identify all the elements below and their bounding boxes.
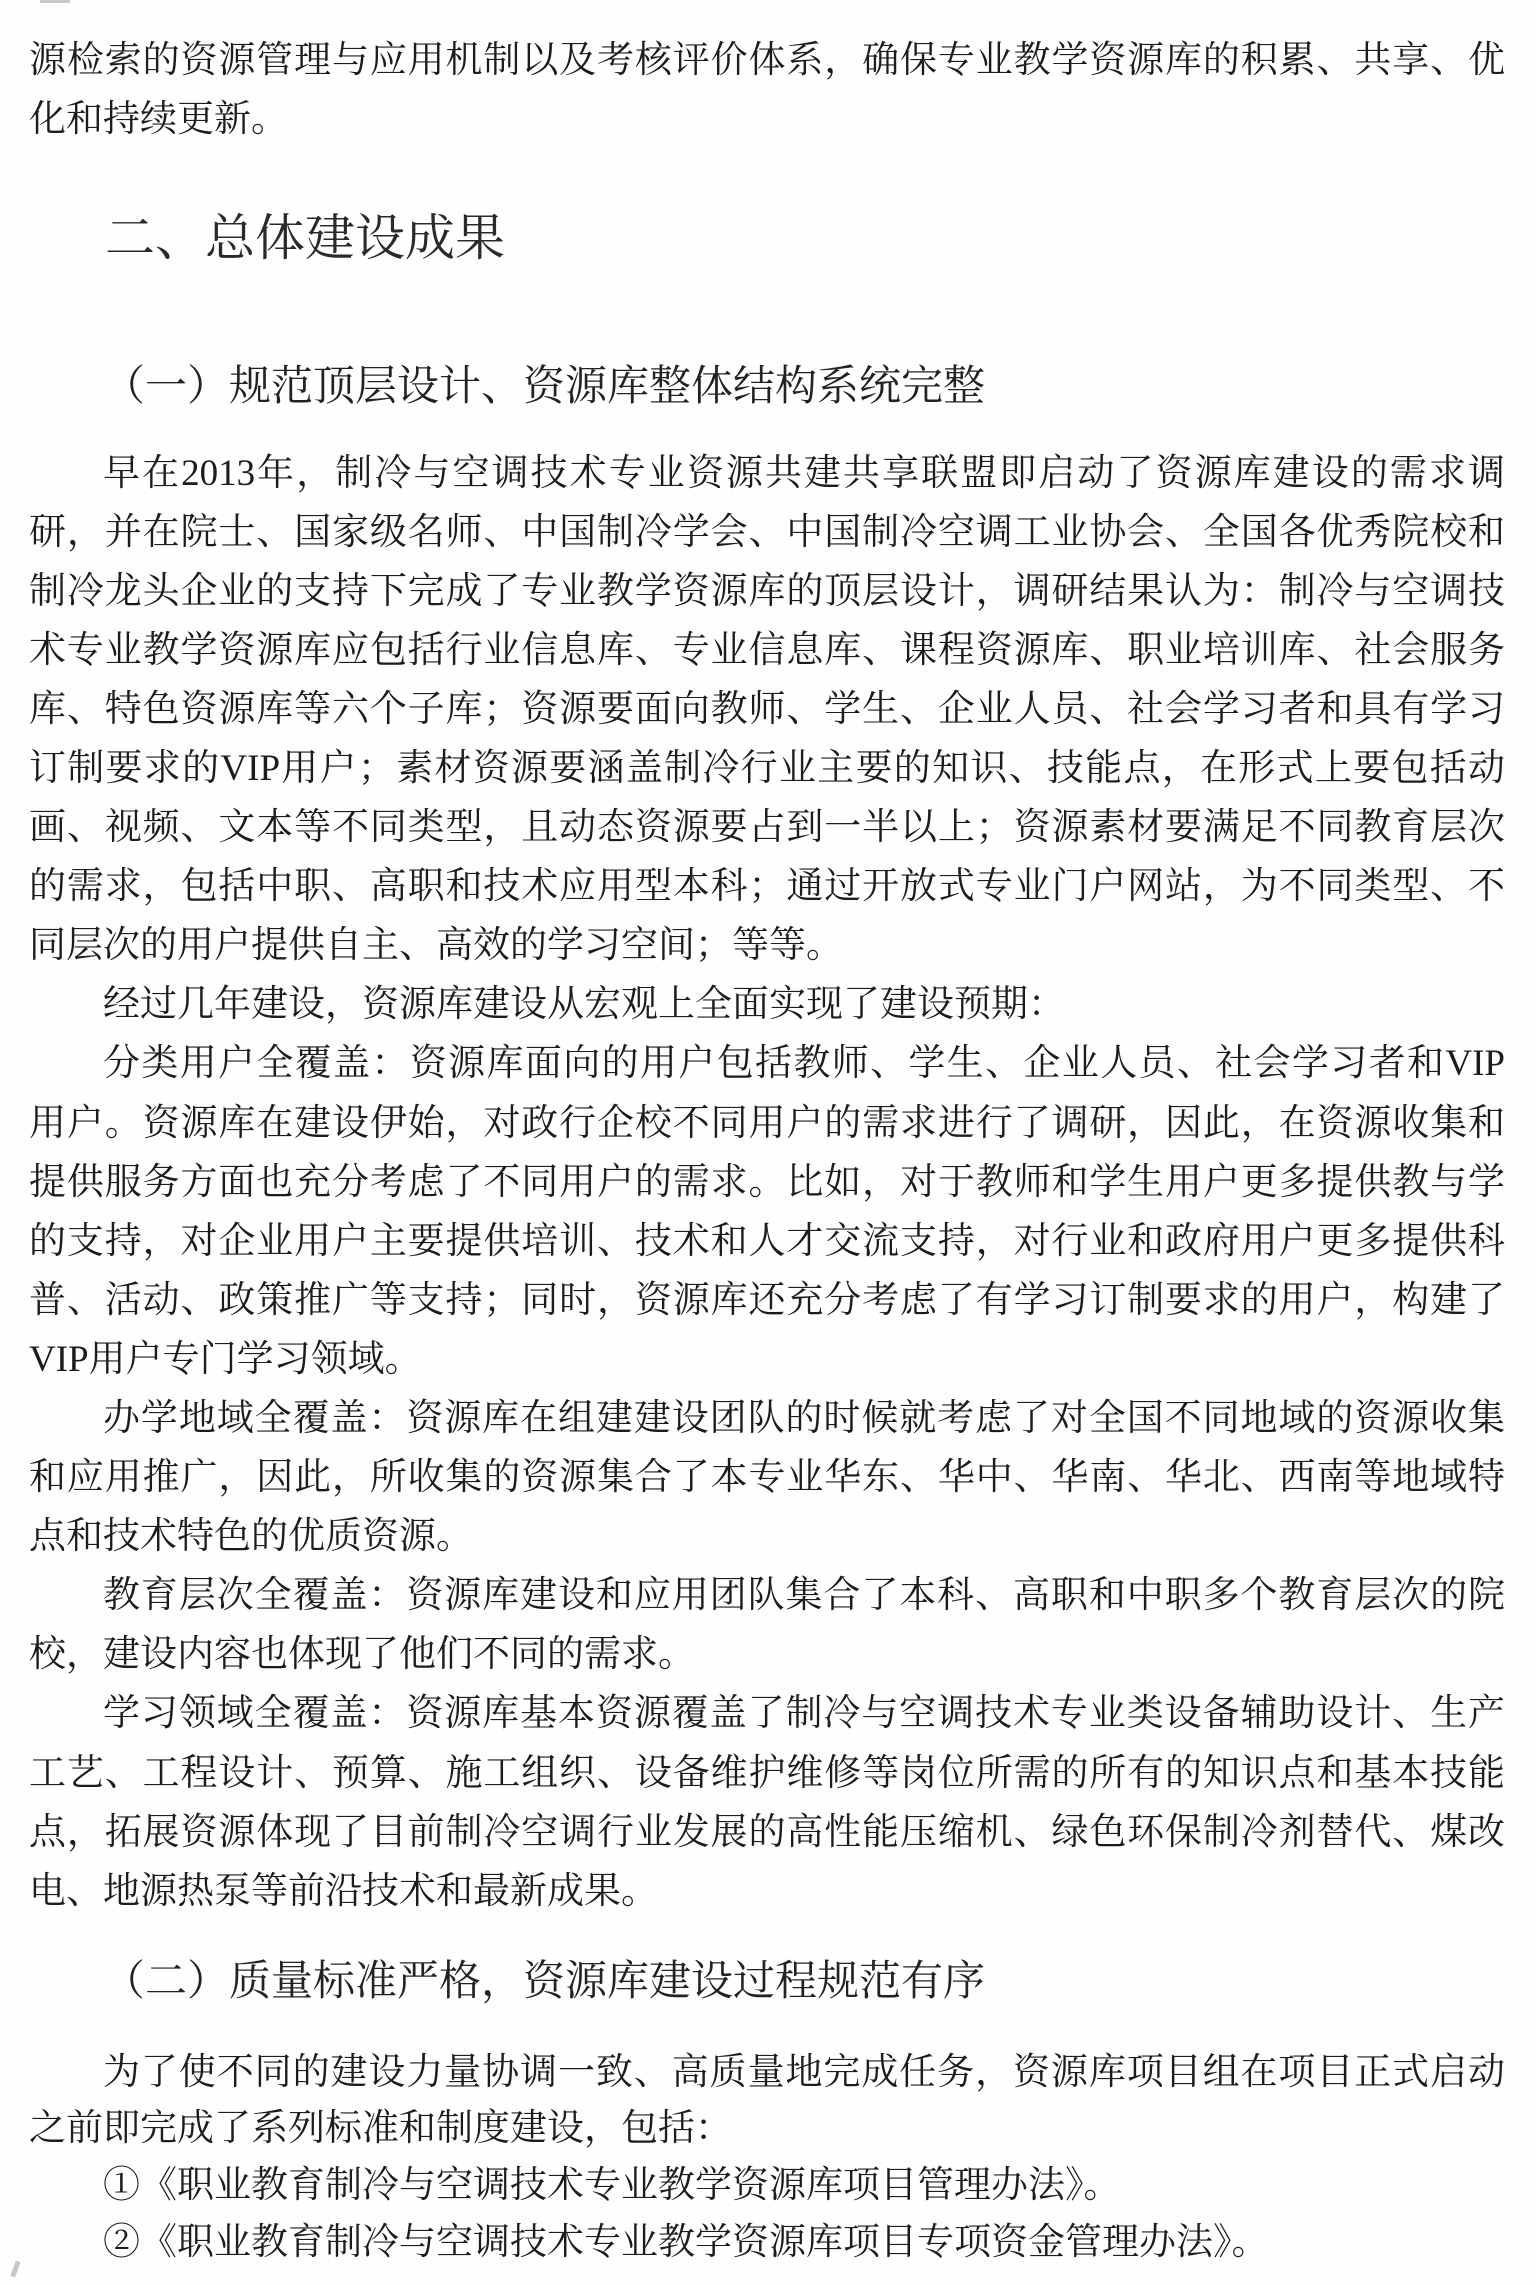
text-line: 学习领域全覆盖：资源库基本资源覆盖了制冷与空调技术专业类设备辅助设计、生产 xyxy=(29,1684,1505,1743)
text-line: 办学地域全覆盖：资源库在组建建设团队的时候就考虑了对全国不同地域的资源收集 xyxy=(29,1389,1505,1448)
text-line: 同层次的用户提供自主、高效的学习空间；等等。 xyxy=(29,916,1505,975)
text-line: 校，建设内容也体现了他们不同的需求。 xyxy=(29,1625,1505,1684)
text-line: 之前即完成了系列标准和制度建设，包括： xyxy=(29,2101,1505,2158)
text-line: 为了使不同的建设力量协调一致、高质量地完成任务，资源库项目组在项目正式启动 xyxy=(29,2045,1505,2102)
regulation-list: ①《职业教育制冷与空调技术专业教学资源库项目管理办法》。 ②《职业教育制冷与空调… xyxy=(29,2158,1505,2272)
list-item: ②《职业教育制冷与空调技术专业教学资源库项目专项资金管理办法》。 xyxy=(29,2215,1505,2272)
text-line: 点，拓展资源体现了目前制冷空调行业发展的高性能压缩机、绿色环保制冷剂替代、煤改 xyxy=(29,1803,1505,1862)
text-line: 的需求，包括中职、高职和技术应用型本科；通过开放式专业门户网站，为不同类型、不 xyxy=(29,857,1505,916)
scan-artifact-top xyxy=(40,0,70,3)
text-line: 早在2013年，制冷与空调技术专业资源共建共享联盟即启动了资源库建设的需求调 xyxy=(29,444,1505,503)
text-line: 教育层次全覆盖：资源库建设和应用团队集合了本科、高职和中职多个教育层次的院 xyxy=(29,1566,1505,1625)
continuation-paragraph: 源检索的资源管理与应用机制以及考核评价体系，确保专业教学资源库的积累、共享、优 … xyxy=(29,31,1505,149)
section-heading: 二、总体建设成果 xyxy=(105,208,505,268)
text-line: 和应用推广，因此，所收集的资源集合了本专业华东、华中、华南、华北、西南等地域特 xyxy=(29,1448,1505,1507)
text-line: 研，并在院士、国家级名师、中国制冷学会、中国制冷空调工业协会、全国各优秀院校和 xyxy=(29,503,1505,562)
text-line: 点和技术特色的优质资源。 xyxy=(29,1507,1505,1566)
paragraph: 早在2013年，制冷与空调技术专业资源共建共享联盟即启动了资源库建设的需求调 研… xyxy=(29,444,1505,976)
paragraph: 经过几年建设，资源库建设从宏观上全面实现了建设预期： xyxy=(29,975,1505,1034)
text-line: VIP用户专门学习领域。 xyxy=(29,1330,1505,1389)
paragraph: 办学地域全覆盖：资源库在组建建设团队的时候就考虑了对全国不同地域的资源收集 和应… xyxy=(29,1389,1505,1566)
text-line: 工艺、工程设计、预算、施工组织、设备维护维修等岗位所需的所有的知识点和基本技能 xyxy=(29,1744,1505,1803)
list-item: ①《职业教育制冷与空调技术专业教学资源库项目管理办法》。 xyxy=(29,2158,1505,2215)
text-line: 提供服务方面也充分考虑了不同用户的需求。比如，对于教师和学生用户更多提供教与学 xyxy=(29,1153,1505,1212)
subsection-1-body: 早在2013年，制冷与空调技术专业资源共建共享联盟即启动了资源库建设的需求调 研… xyxy=(29,444,1505,1921)
subsection-heading-1: （一）规范顶层设计、资源库整体结构系统完整 xyxy=(103,356,985,415)
paragraph: 分类用户全覆盖：资源库面向的用户包括教师、学生、企业人员、社会学习者和VIP 用… xyxy=(29,1034,1505,1389)
text-line: 库、特色资源库等六个子库；资源要面向教师、学生、企业人员、社会学习者和具有学习 xyxy=(29,680,1505,739)
document-page: 源检索的资源管理与应用机制以及考核评价体系，确保专业教学资源库的积累、共享、优 … xyxy=(0,0,1536,2285)
text-line: 订制要求的VIP用户；素材资源要涵盖制冷行业主要的知识、技能点，在形式上要包括动 xyxy=(29,739,1505,798)
subsection-heading-2: （二）质量标准严格，资源库建设过程规范有序 xyxy=(103,1951,985,2010)
text-line: 画、视频、文本等不同类型，且动态资源要占到一半以上；资源素材要满足不同教育层次 xyxy=(29,798,1505,857)
scan-artifact-bottom xyxy=(10,2261,20,2278)
paragraph: 为了使不同的建设力量协调一致、高质量地完成任务，资源库项目组在项目正式启动 之前… xyxy=(29,2045,1505,2159)
text-line: 普、活动、政策推广等支持；同时，资源库还充分考虑了有学习订制要求的用户，构建了 xyxy=(29,1271,1505,1330)
text-line: 用户。资源库在建设伊始，对政行企校不同用户的需求进行了调研，因此，在资源收集和 xyxy=(29,1094,1505,1153)
subsection-2-body: 为了使不同的建设力量协调一致、高质量地完成任务，资源库项目组在项目正式启动 之前… xyxy=(29,2045,1505,2272)
text-line: 的支持，对企业用户主要提供培训、技术和人才交流支持，对行业和政府用户更多提供科 xyxy=(29,1212,1505,1271)
paragraph: 学习领域全覆盖：资源库基本资源覆盖了制冷与空调技术专业类设备辅助设计、生产 工艺… xyxy=(29,1684,1505,1920)
text-line: 电、地源热泵等前沿技术和最新成果。 xyxy=(29,1862,1505,1921)
text-line: 分类用户全覆盖：资源库面向的用户包括教师、学生、企业人员、社会学习者和VIP xyxy=(29,1034,1505,1093)
text-line: 制冷龙头企业的支持下完成了专业教学资源库的顶层设计，调研结果认为：制冷与空调技 xyxy=(29,562,1505,621)
text-line: 经过几年建设，资源库建设从宏观上全面实现了建设预期： xyxy=(29,975,1505,1034)
text-line: 化和持续更新。 xyxy=(29,90,1505,149)
paragraph: 教育层次全覆盖：资源库建设和应用团队集合了本科、高职和中职多个教育层次的院 校，… xyxy=(29,1566,1505,1684)
text-line: 源检索的资源管理与应用机制以及考核评价体系，确保专业教学资源库的积累、共享、优 xyxy=(29,31,1505,90)
text-line: 术专业教学资源库应包括行业信息库、专业信息库、课程资源库、职业培训库、社会服务 xyxy=(29,621,1505,680)
